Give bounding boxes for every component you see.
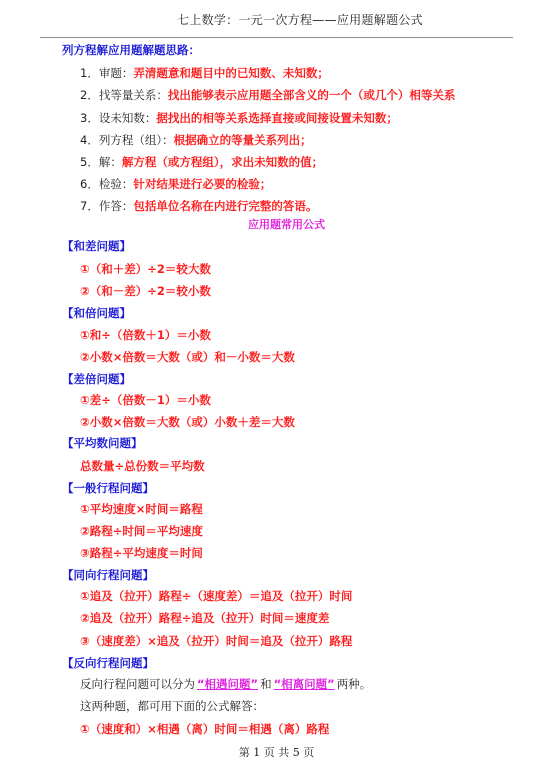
step-6: 6．检验：针对结果进行必要的检验；	[80, 176, 271, 192]
reverse-intro-mid: 和	[260, 677, 272, 691]
section-title-sum-difference: 【和差问题】	[62, 238, 131, 254]
reverse-intro-suffix: 两种。	[337, 677, 372, 691]
step-label: 6．检验：	[80, 177, 133, 191]
step-text: 包括单位名称在内进行完整的答语。	[133, 199, 317, 213]
formulas-title: 应用题常用公式	[248, 217, 325, 233]
page-footer: 第 1 页 共 5 页	[0, 744, 553, 760]
section-title-same-direction-travel: 【同向行程问题】	[62, 567, 154, 583]
formula-item: ①（速度和）×相遇（离）时间＝相遇（离）路程	[80, 721, 329, 737]
formula-item: ①和÷（倍数＋1）＝小数	[80, 327, 211, 343]
formula-item: ②小数×倍数＝大数（或）小数＋差＝大数	[80, 414, 295, 430]
page-header-title: 七上数学：一元一次方程——应用题解题公式	[0, 11, 553, 28]
section-title-average: 【平均数问题】	[62, 435, 143, 451]
reverse-intro-prefix: 反向行程问题可以分为	[80, 677, 195, 691]
formula-item: ②路程÷时间＝平均速度	[80, 523, 203, 539]
formula-item: ①追及（拉开）路程÷（速度差）＝追及（拉开）时间	[80, 588, 352, 604]
step-label: 7．作答：	[80, 199, 133, 213]
step-label: 2．找等量关系：	[80, 88, 168, 102]
step-1: 1．审题：弄清题意和题目中的已知数、未知数；	[80, 65, 329, 81]
formula-item: ①差÷（倍数－1）＝小数	[80, 392, 211, 408]
step-text: 据找出的相等关系选择直接或间接设置未知数；	[156, 111, 398, 125]
formula-item: ①平均速度×时间＝路程	[80, 501, 203, 517]
step-label: 3．设未知数：	[80, 111, 156, 125]
formula-item: ①（和＋差）÷2＝较大数	[80, 261, 211, 277]
section-title-difference-multiple: 【差倍问题】	[62, 371, 131, 387]
term-separation-problem: “相离问题”	[272, 677, 337, 691]
section-title-general-travel: 【一般行程问题】	[62, 480, 154, 496]
term-meeting-problem: “相遇问题”	[195, 677, 260, 691]
reverse-explain-line: 这两种题，都可用下面的公式解答：	[80, 698, 264, 714]
step-7: 7．作答：包括单位名称在内进行完整的答语。	[80, 198, 317, 214]
step-5: 5．解：解方程（或方程组），求出未知数的值；	[80, 154, 323, 170]
step-label: 4．列方程（组）：	[80, 133, 174, 147]
step-4: 4．列方程（组）：根据确立的等量关系列出；	[80, 132, 312, 148]
step-text: 针对结果进行必要的检验；	[133, 177, 271, 191]
step-2: 2．找等量关系：找出能够表示应用题全部含义的一个（或几个）相等关系	[80, 87, 455, 103]
formula-item: ②追及（拉开）路程÷追及（拉开）时间＝速度差	[80, 610, 329, 626]
reverse-intro-line: 反向行程问题可以分为“相遇问题”和“相离问题”两种。	[80, 676, 371, 692]
document-page: 七上数学：一元一次方程——应用题解题公式 列方程解应用题解题思路： 1．审题：弄…	[0, 0, 553, 782]
step-label: 1．审题：	[80, 66, 133, 80]
formula-item: ②小数×倍数＝大数（或）和－小数＝大数	[80, 349, 295, 365]
step-label: 5．解：	[80, 155, 122, 169]
step-text: 解方程（或方程组），求出未知数的值；	[122, 155, 323, 169]
section-title-opposite-direction-travel: 【反向行程问题】	[62, 655, 154, 671]
header-divider	[40, 37, 513, 38]
formula-item: ③（速度差）×追及（拉开）时间＝追及（拉开）路程	[80, 633, 352, 649]
formula-item: ③路程÷平均速度＝时间	[80, 545, 203, 561]
section-title-sum-multiple: 【和倍问题】	[62, 305, 131, 321]
step-3: 3．设未知数：据找出的相等关系选择直接或间接设置未知数；	[80, 110, 398, 126]
step-text: 找出能够表示应用题全部含义的一个（或几个）相等关系	[168, 88, 456, 102]
step-text: 弄清题意和题目中的已知数、未知数；	[133, 66, 329, 80]
formula-item: ②（和－差）÷2＝较小数	[80, 283, 211, 299]
intro-heading: 列方程解应用题解题思路：	[62, 42, 200, 58]
formula-item: 总数量÷总份数＝平均数	[80, 458, 205, 474]
step-text: 根据确立的等量关系列出；	[174, 133, 312, 147]
